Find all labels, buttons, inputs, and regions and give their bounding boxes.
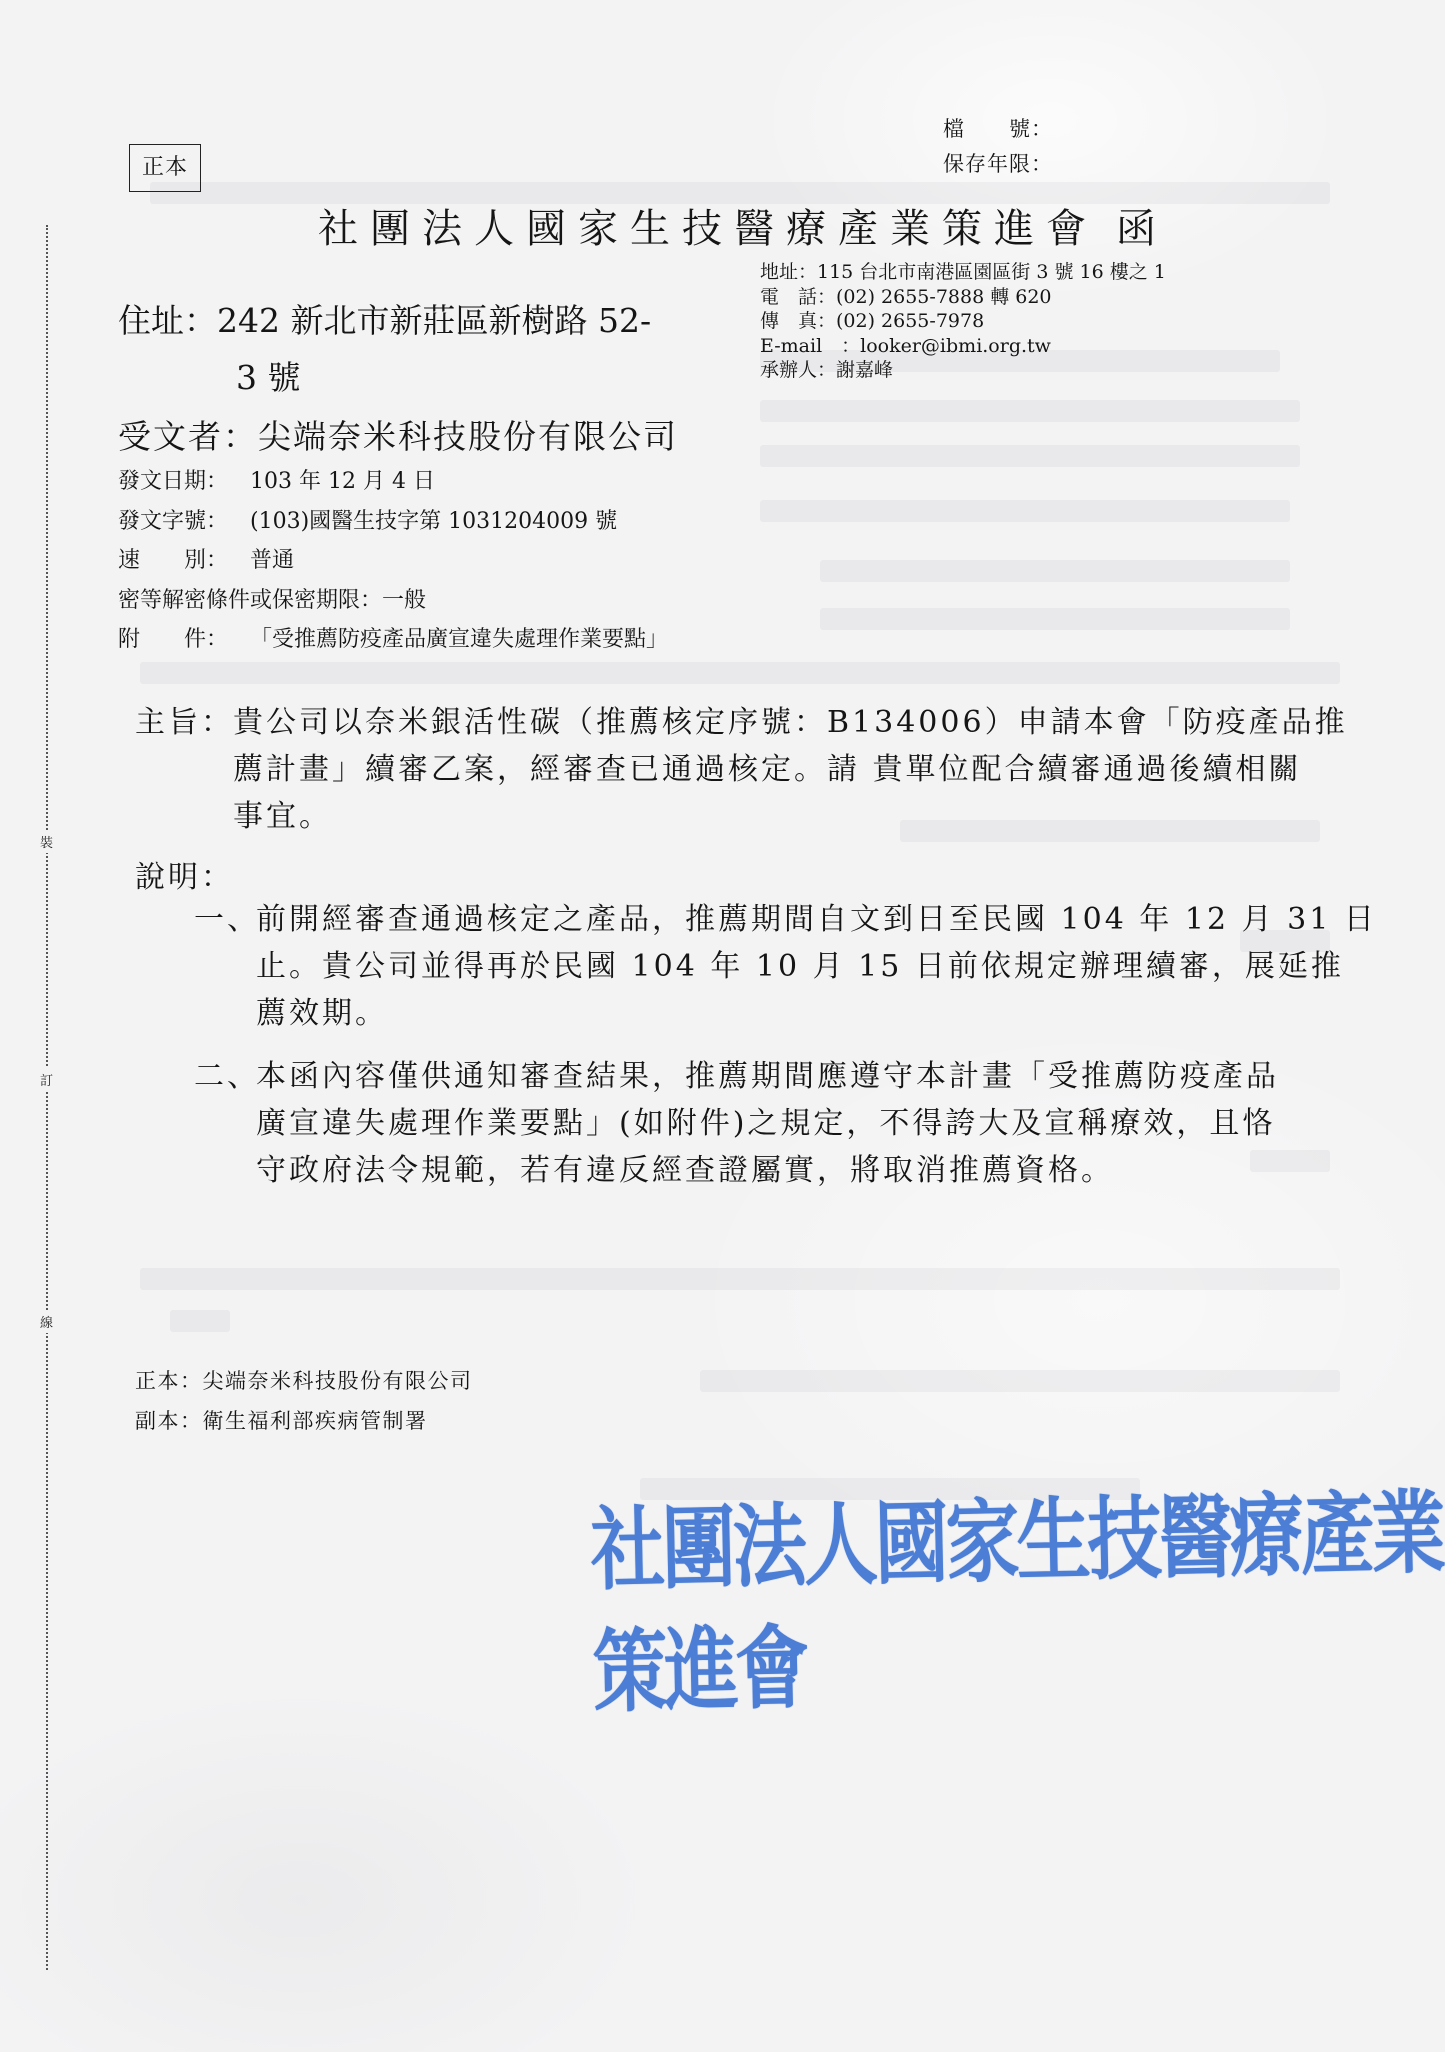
binding-mark-ding: 訂 [40,1068,53,1091]
sender-contact-block: 地址：115 台北市南港區園區街 3 號 16 樓之 1 電 話：(02) 26… [760,260,1166,383]
recipient-address: 住址：242 新北市新莊區新樹路 52- 3 號 [118,292,651,406]
item-number: 二、 [194,1053,260,1100]
document-kind: 函 [1116,206,1168,252]
meta-priority: 速 別：普通 [118,541,668,581]
meta-issue-date: 發文日期：103 年 12 月 4 日 [118,462,668,502]
copy-recipient: 副本：衛生福利部疾病管制署 [135,1401,473,1441]
binding-line [46,225,48,1970]
recipient-address-line1: 242 新北市新莊區新樹路 52- [217,301,651,340]
retention-period-label: 保存年限： [943,148,1053,178]
original-recipient: 正本：尖端奈米科技股份有限公司 [135,1361,473,1401]
issuing-organization: 社團法人國家生技醫療產業策進會 [318,206,1098,252]
sender-address: 地址：115 台北市南港區園區街 3 號 16 樓之 1 [760,260,1166,285]
binding-mark-xian: 線 [40,1310,53,1333]
recipient-name: 尖端奈米科技股份有限公司 [258,417,678,456]
sender-handler: 承辦人：謝嘉峰 [760,358,1166,383]
document-title: 社團法人國家生技醫療產業策進會函 [318,204,1168,254]
item-text: 本函內容僅供通知審查結果，推薦期間應遵守本計畫「受推薦防疫產品 廣宣違失處理作業… [256,1053,1279,1194]
sender-email: E-mail ：looker@ibmi.org.tw [760,334,1166,359]
subject-text: 貴公司以奈米銀活性碳（推薦核定序號：B134006）申請本會「防疫產品推 薦計畫… [233,699,1348,840]
binding-mark-zhuang: 裝 [40,830,53,853]
item-number: 一、 [194,896,260,943]
recipient-label: 受文者： [118,417,258,456]
file-number-label: 檔 號： [943,113,1053,143]
meta-document-number: 發文字號：(103)國醫生技字第 1031204009 號 [118,502,668,542]
sender-phone: 電 話：(02) 2655-7888 轉 620 [760,285,1166,310]
meta-attachment: 附 件：「受推薦防疫產品廣宣違失處理作業要點」 [118,620,668,660]
sender-fax: 傳 真：(02) 2655-7978 [760,309,1166,334]
explanation-label: 說明： [135,854,234,901]
copy-type-box: 正本 [129,144,201,192]
recipient-address-line2: 3 號 [118,349,651,406]
meta-classification: 密等解密條件或保密期限：一般 [118,581,668,621]
subject-label: 主旨： [135,699,234,746]
item-text: 前開經審查通過核定之產品，推薦期間自文到日至民國 104 年 12 月 31 日… [256,896,1377,1037]
document-meta: 發文日期：103 年 12 月 4 日 發文字號：(103)國醫生技字第 103… [118,462,668,660]
distribution-list: 正本：尖端奈米科技股份有限公司 副本：衛生福利部疾病管制署 [135,1361,473,1441]
recipient-address-label: 住址： [118,301,217,340]
recipient-line: 受文者：尖端奈米科技股份有限公司 [118,414,678,460]
organization-seal-stamp: 社團法人國家生技醫療產業策進會 [589,1472,1445,1734]
